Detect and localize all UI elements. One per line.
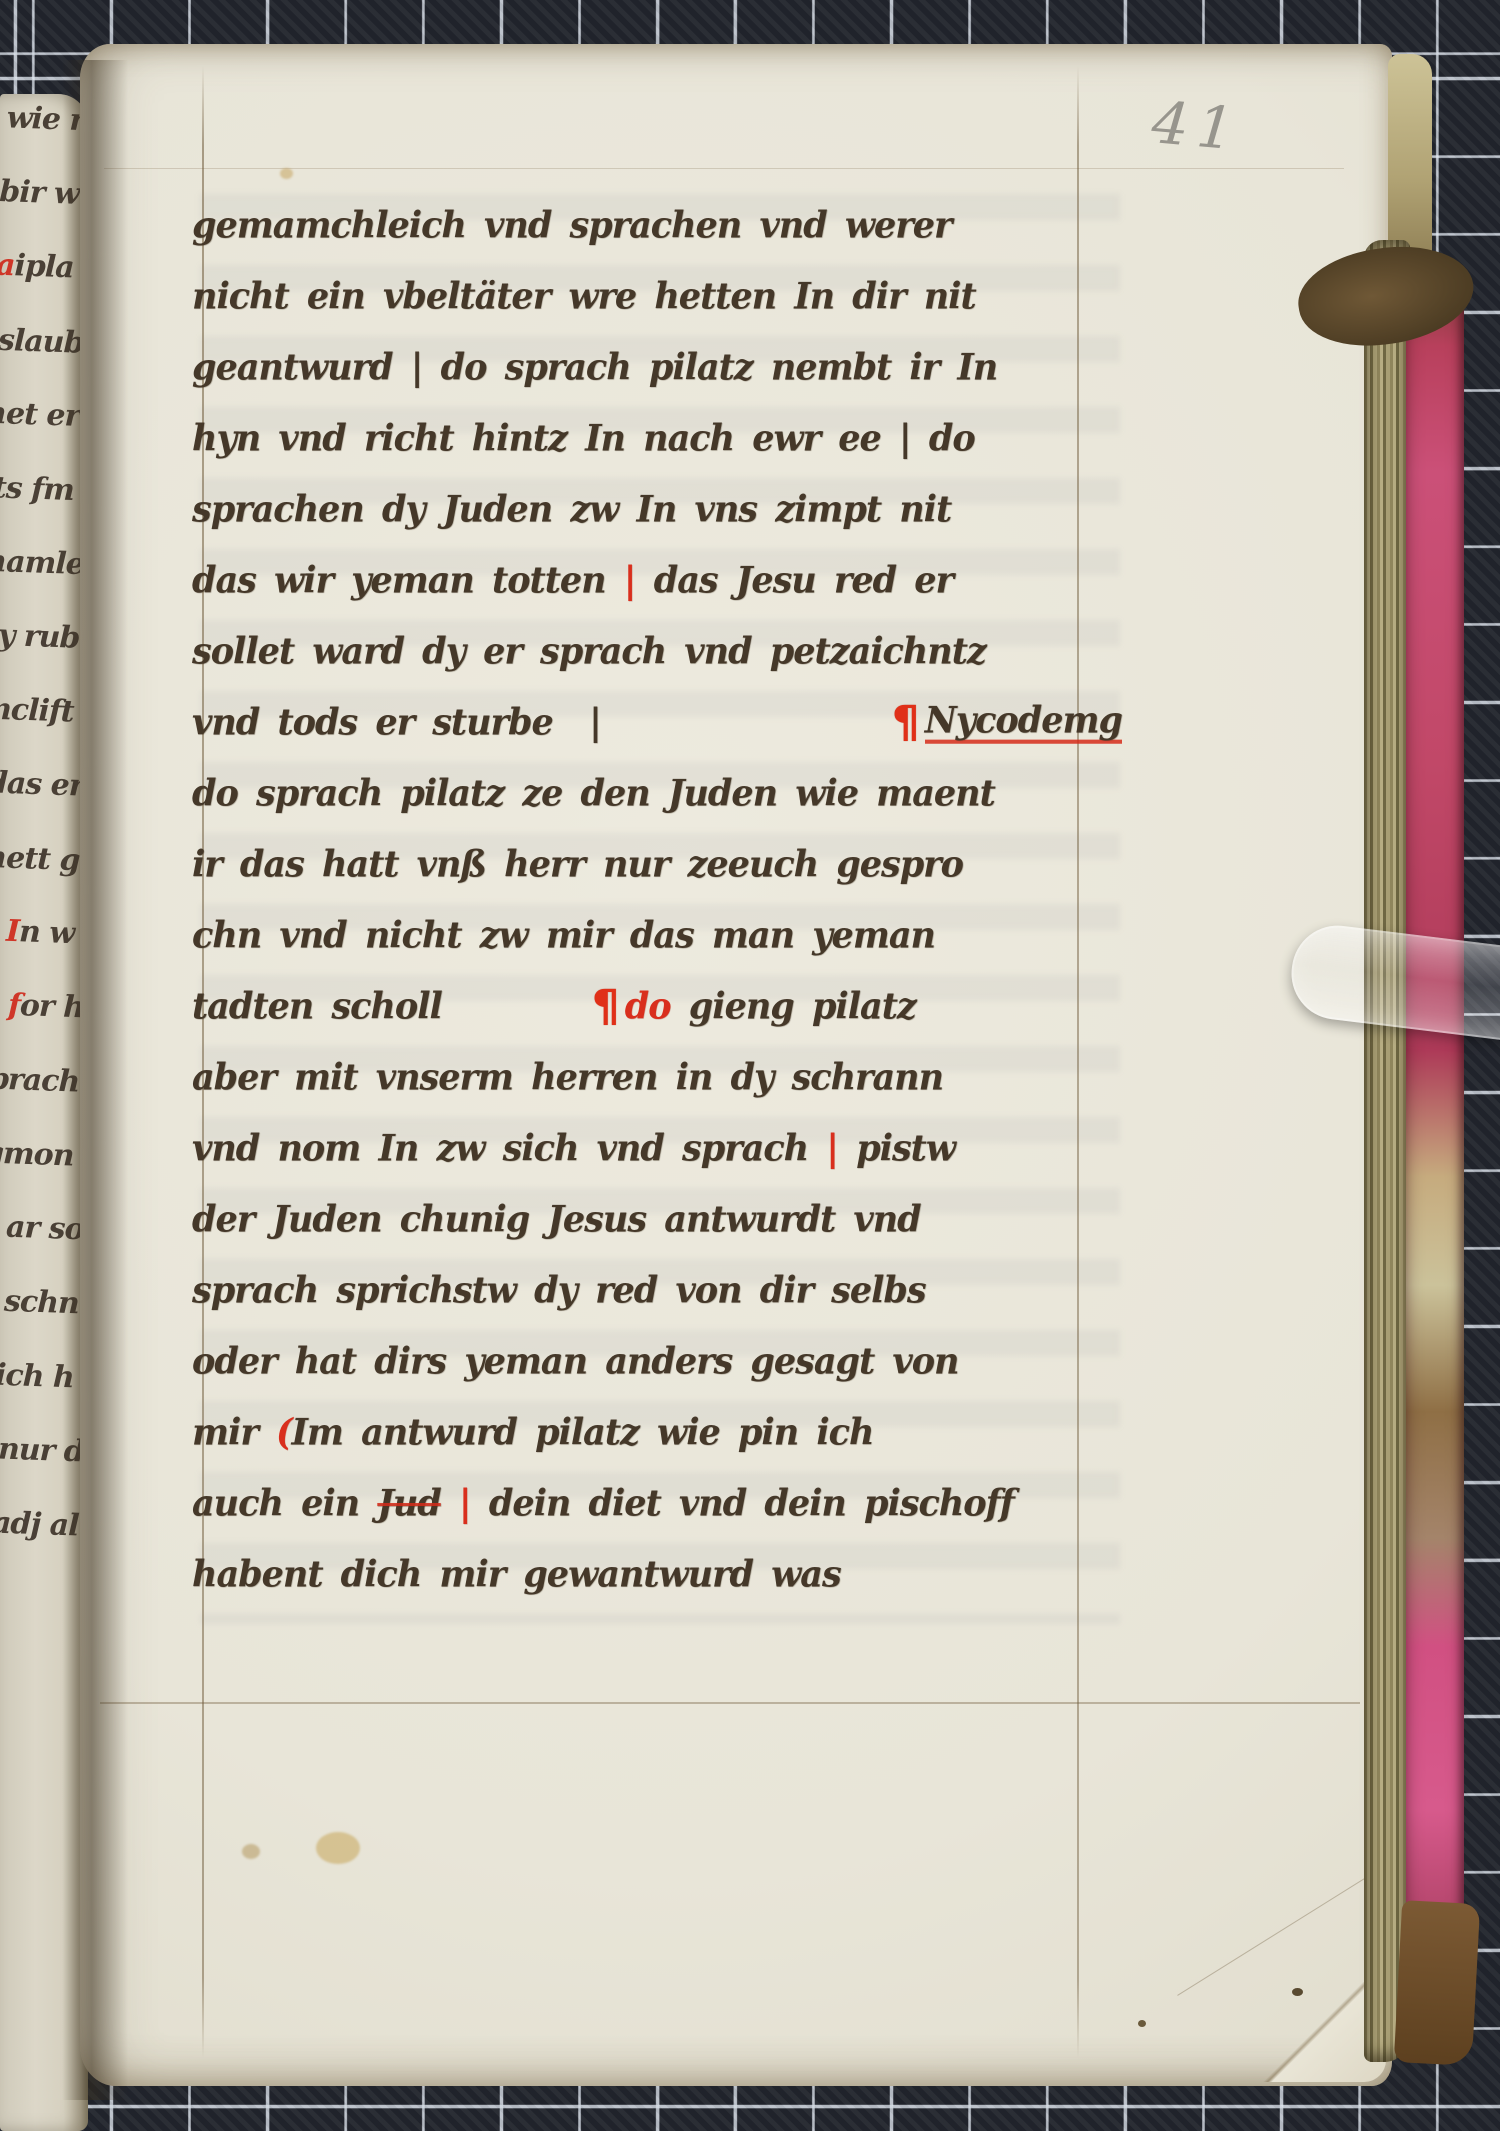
- text-segment: gemamchleich vnd sprachen vnd werer: [192, 207, 951, 243]
- facing-page-text-fragment: schn: [4, 1287, 80, 1320]
- text-segment: ir das hatt vnß herr nur zeeuch gespro: [192, 846, 963, 882]
- manuscript-line: tadten scholl¶do gieng pilatz: [192, 971, 1122, 1042]
- facing-page-text-fragment: d hett g: [0, 842, 79, 876]
- text-segment: Im antwurd pilatz wie pin ich: [292, 1414, 874, 1450]
- manuscript-page: 41 gemamchleich vnd sprachen vnd wererni…: [80, 44, 1392, 2086]
- text-segment: das Jesu red er: [636, 562, 953, 598]
- pink-fore-edge-binding: [1406, 256, 1464, 2062]
- facing-page-text-fragment: s bir w: [0, 176, 79, 210]
- facing-page-sliver: as wie rs bir waiplaffn gslaubchet ergot…: [0, 94, 88, 2131]
- facing-page-text-fragment: s hamle: [0, 546, 84, 580]
- text-segment: hyn vnd richt hintz In nach ewr ee | do: [192, 420, 975, 456]
- manuscript-line: gemamchleich vnd sprachen vnd werer: [192, 190, 1122, 261]
- text-segment: sprach sprichstw dy red von dir selbs: [192, 1272, 926, 1308]
- text-segment: der Juden chunig Jesus antwurdt vnd: [192, 1201, 921, 1237]
- manuscript-line: auch ein Jud | dein diet vnd dein pischo…: [192, 1468, 1122, 1539]
- manuscript-line: mir (Im antwurd pilatz wie pin ich: [192, 1397, 1122, 1468]
- manuscript-line: do sprach pilatz ze den Juden wie maent: [192, 758, 1122, 829]
- facing-page-text-fragment: ffn gslaub: [0, 323, 84, 359]
- facing-page-text-fragment: ich h: [0, 1361, 74, 1394]
- facing-page-text-fragment: gots fm: [0, 472, 74, 506]
- manuscript-line: der Juden chunig Jesus antwurdt vnd: [192, 1184, 1122, 1255]
- manuscript-line: das wir yeman totten | das Jesu red er: [192, 545, 1122, 616]
- speck: [1138, 2020, 1146, 2027]
- text-segment: aber mit vnserm herren in dy schrann: [192, 1059, 943, 1095]
- text-segment: auch ein: [192, 1485, 377, 1521]
- text-segment: Nycodemg: [925, 702, 1122, 744]
- facing-page-text-fragment: dy rub: [0, 620, 79, 654]
- text-segment: das wir yeman totten: [192, 562, 624, 598]
- text-segment: tadten scholl: [192, 988, 442, 1024]
- text-segment: |: [826, 1130, 838, 1166]
- stain: [316, 1832, 360, 1864]
- page-block-edges: [1364, 240, 1410, 2062]
- manuscript-line: oder hat dirs yeman anders gesagt von: [192, 1326, 1122, 1397]
- facing-page-text-fragment: aipla: [0, 251, 74, 284]
- text-segment: do sprach pilatz ze den Juden wie maent: [192, 775, 995, 811]
- manuscript-line: chn vnd nicht zw mir das man yeman: [192, 900, 1122, 971]
- endband: [1388, 54, 1432, 266]
- manuscript-line: ir das hatt vnß herr nur zeeuch gespro: [192, 829, 1122, 900]
- text-segment: sollet ward dy er sprach vnd petzaichntz: [192, 633, 986, 669]
- manuscript-line: nicht ein vbeltäter wre hetten In dir ni…: [192, 261, 1122, 332]
- bottom-margin-rule: [100, 1702, 1360, 1704]
- facing-page-text-fragment: prach: [0, 1064, 79, 1097]
- text-segment: ¶: [592, 981, 619, 1032]
- manuscript-line: aber mit vnserm herren in dy schrann: [192, 1042, 1122, 1113]
- manuscript-line: geantwurd | do sprach pilatz nembt ir In: [192, 332, 1122, 403]
- text-segment: dein diet vnd dein pischoff: [489, 1485, 1014, 1521]
- manuscript-line: sprachen dy Juden zw In vns zimpt nit: [192, 474, 1122, 545]
- manuscript-line: sollet ward dy er sprach vnd petzaichntz: [192, 616, 1122, 687]
- manuscript-line: vnd tods er sturbe |¶Nycodemg: [192, 687, 1122, 758]
- text-segment: sprachen dy Juden zw In vns zimpt nit: [192, 491, 951, 527]
- text-segment: vnd tods er sturbe |: [192, 704, 601, 740]
- facing-page-text-fragment: for h: [8, 991, 85, 1024]
- facing-page-text-fragment: In w: [5, 917, 74, 949]
- photo-stage: as wie rs bir waiplaffn gslaubchet ergot…: [0, 0, 1500, 2131]
- text-segment: |: [441, 1485, 489, 1521]
- text-segment: chn vnd nicht zw mir das man yeman: [192, 917, 935, 953]
- leather-cover-corner-bottom: [1394, 1900, 1480, 2066]
- facing-page-text-fragment: as wie r: [0, 102, 84, 136]
- text-segment: (: [276, 1414, 292, 1450]
- manuscript-text-block: gemamchleich vnd sprachen vnd werernicht…: [192, 190, 1122, 1610]
- facing-page-text-fragment: mclift: [0, 694, 74, 727]
- stain: [280, 168, 293, 179]
- facing-page-text-fragment: ar so: [6, 1213, 85, 1246]
- text-segment: ¶: [892, 697, 919, 748]
- text-segment: habent dich mir gewantwurd was: [192, 1556, 841, 1592]
- facing-page-text-fragment: nur d: [0, 1435, 84, 1468]
- facing-page-text-fragment: das er: [0, 768, 84, 801]
- text-segment: |: [624, 562, 636, 598]
- facing-page-text-fragment: adj al: [0, 1508, 79, 1541]
- manuscript-line: hyn vnd richt hintz In nach ewr ee | do: [192, 403, 1122, 474]
- facing-page-text-fragment: gmon: [0, 1138, 74, 1171]
- folio-number: 41: [1149, 88, 1244, 164]
- manuscript-line: habent dich mir gewantwurd was: [192, 1539, 1122, 1610]
- text-segment: pistw: [838, 1130, 955, 1166]
- text-segment: mir: [192, 1414, 276, 1450]
- text-segment: Jud: [377, 1485, 440, 1521]
- text-segment: gieng pilatz: [671, 988, 916, 1024]
- manuscript-line: vnd nom In zw sich vnd sprach | pistw: [192, 1113, 1122, 1184]
- text-segment: geantwurd | do sprach pilatz nembt ir In: [192, 349, 997, 385]
- stain: [242, 1844, 260, 1859]
- crease-line: [1177, 1873, 1373, 1996]
- manuscript-line: sprach sprichstw dy red von dir selbs: [192, 1255, 1122, 1326]
- text-segment: do: [625, 988, 671, 1024]
- text-segment: oder hat dirs yeman anders gesagt von: [192, 1343, 959, 1379]
- facing-page-text-fragment: chet er: [0, 398, 79, 432]
- text-segment: vnd nom In zw sich vnd sprach: [192, 1130, 826, 1166]
- text-segment: nicht ein vbeltäter wre hetten In dir ni…: [192, 278, 976, 314]
